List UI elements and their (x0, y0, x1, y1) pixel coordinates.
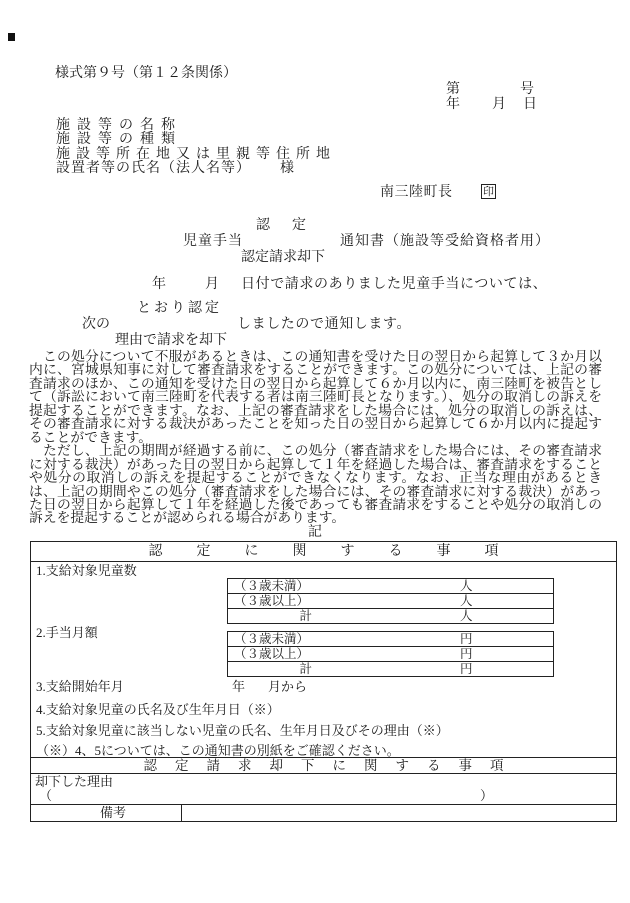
appeal-instructions: この処分について不服があるときは、この通知書を受けた日の翌日から起算して３か月以… (29, 350, 602, 525)
unit-label: 円 (460, 662, 473, 676)
doc-number-prefix: 第 (446, 82, 460, 97)
table-row-total: 計 円 (228, 662, 553, 676)
monthly-amount-table: （３歳未満） 円 （３歳以上） 円 計 円 (227, 631, 554, 677)
unit-label: 円 (460, 647, 473, 661)
child-count-table: （３歳未満） 人 （３歳以上） 人 計 人 (227, 578, 554, 624)
remarks-label: 備考 (31, 805, 182, 821)
item3-from-label: 月から (268, 680, 307, 693)
item3-year-label: 年 (232, 680, 245, 693)
title-option-approved: 認 定 (256, 218, 310, 233)
row-label: （３歳未満） (228, 579, 309, 593)
title-doc-type: 通知書（施設等受給資格者用） (340, 234, 550, 249)
unit-label: 人 (460, 579, 473, 593)
notice-month-label: 月 (205, 277, 219, 292)
item4-label: 4.支給対象児童の氏名及び生年月日（※） (36, 703, 280, 716)
ki-marker: 記 (0, 526, 630, 540)
appeal-paragraph-1: この処分について不服があるときは、この通知書を受けた日の翌日から起算して３か月以… (29, 350, 602, 444)
table-row-total: 計 人 (228, 609, 553, 623)
title-subject: 児童手当 (183, 234, 243, 249)
remarks-value (182, 805, 616, 821)
notice-option-approved: とおり認定 (137, 301, 222, 316)
table-row: （３歳未満） 人 (228, 579, 553, 594)
title-option-rejected: 認定請求却下 (241, 250, 325, 265)
row-label: （３歳以上） (228, 647, 309, 661)
notice-lead: 次の (82, 317, 110, 332)
section1-header: 認定に関する事項 (31, 542, 616, 562)
item1-label: 1.支給対象児童数 (36, 564, 137, 577)
official-seal: 印 (481, 184, 496, 199)
unit-label: 人 (460, 594, 473, 608)
notice-request-line: 日付で請求のありました児童手当については、 (241, 277, 547, 292)
seal-char: 印 (483, 186, 494, 198)
notice-conclusion: しましたので通知します。 (237, 317, 411, 332)
unit-label: 円 (460, 632, 473, 646)
form-number: 様式第９号（第１２条関係） (55, 66, 237, 81)
unit-label: 人 (460, 609, 473, 623)
rejection-reason-row: 却下した理由 （ ） (31, 774, 616, 805)
notice-option-rejected: 理由で請求を却下 (115, 333, 227, 348)
row-label: （３歳未満） (228, 632, 309, 646)
certification-details-body: 1.支給対象児童数 （３歳未満） 人 （３歳以上） 人 計 人 2.手当月額 （… (31, 562, 616, 758)
notice-year-label: 年 (152, 277, 166, 292)
paren-open: （ (39, 789, 52, 803)
item2-label: 2.手当月額 (36, 626, 98, 639)
row-label: 計 (228, 609, 312, 623)
owner-name-label: 設置者等の氏名（法人名等） (56, 161, 251, 176)
section2-header: 認定請求却下に関する事項 (31, 758, 616, 774)
honorific-sama: 様 (280, 161, 294, 176)
doc-number-suffix: 号 (520, 82, 534, 97)
date-day-label: 日 (523, 97, 537, 112)
date-month-label: 月 (492, 97, 506, 112)
child-allowance-notification-form: { "header": { "form_number": "様式第９号（第１２条… (0, 0, 630, 903)
table-row: （３歳未満） 円 (228, 632, 553, 647)
details-table: 認定に関する事項 1.支給対象児童数 （３歳未満） 人 （３歳以上） 人 計 人… (30, 541, 617, 822)
row-label: （３歳以上） (228, 594, 309, 608)
paren-close: ） (480, 789, 493, 803)
scan-artifact (8, 33, 15, 41)
mayor-title: 南三陸町長 (380, 185, 453, 200)
attachment-note: （※）4、5については、この通知書の別紙をご確認ください。 (36, 744, 400, 757)
appeal-paragraph-2: ただし、上記の期間が経過する前に、この処分（審査請求をした場合には、その審査請求… (29, 444, 602, 525)
date-year-label: 年 (446, 97, 460, 112)
item5-label: 5.支給対象児童に該当しない児童の氏名、生年月日及びその理由（※） (36, 724, 449, 737)
table-row: （３歳以上） 円 (228, 647, 553, 662)
table-row: （３歳以上） 人 (228, 594, 553, 609)
facility-type-label: 施設等の種類 (56, 132, 182, 147)
item3-label: 3.支給開始年月 (36, 680, 124, 693)
row-label: 計 (228, 662, 312, 676)
remarks-row: 備考 (31, 805, 616, 821)
